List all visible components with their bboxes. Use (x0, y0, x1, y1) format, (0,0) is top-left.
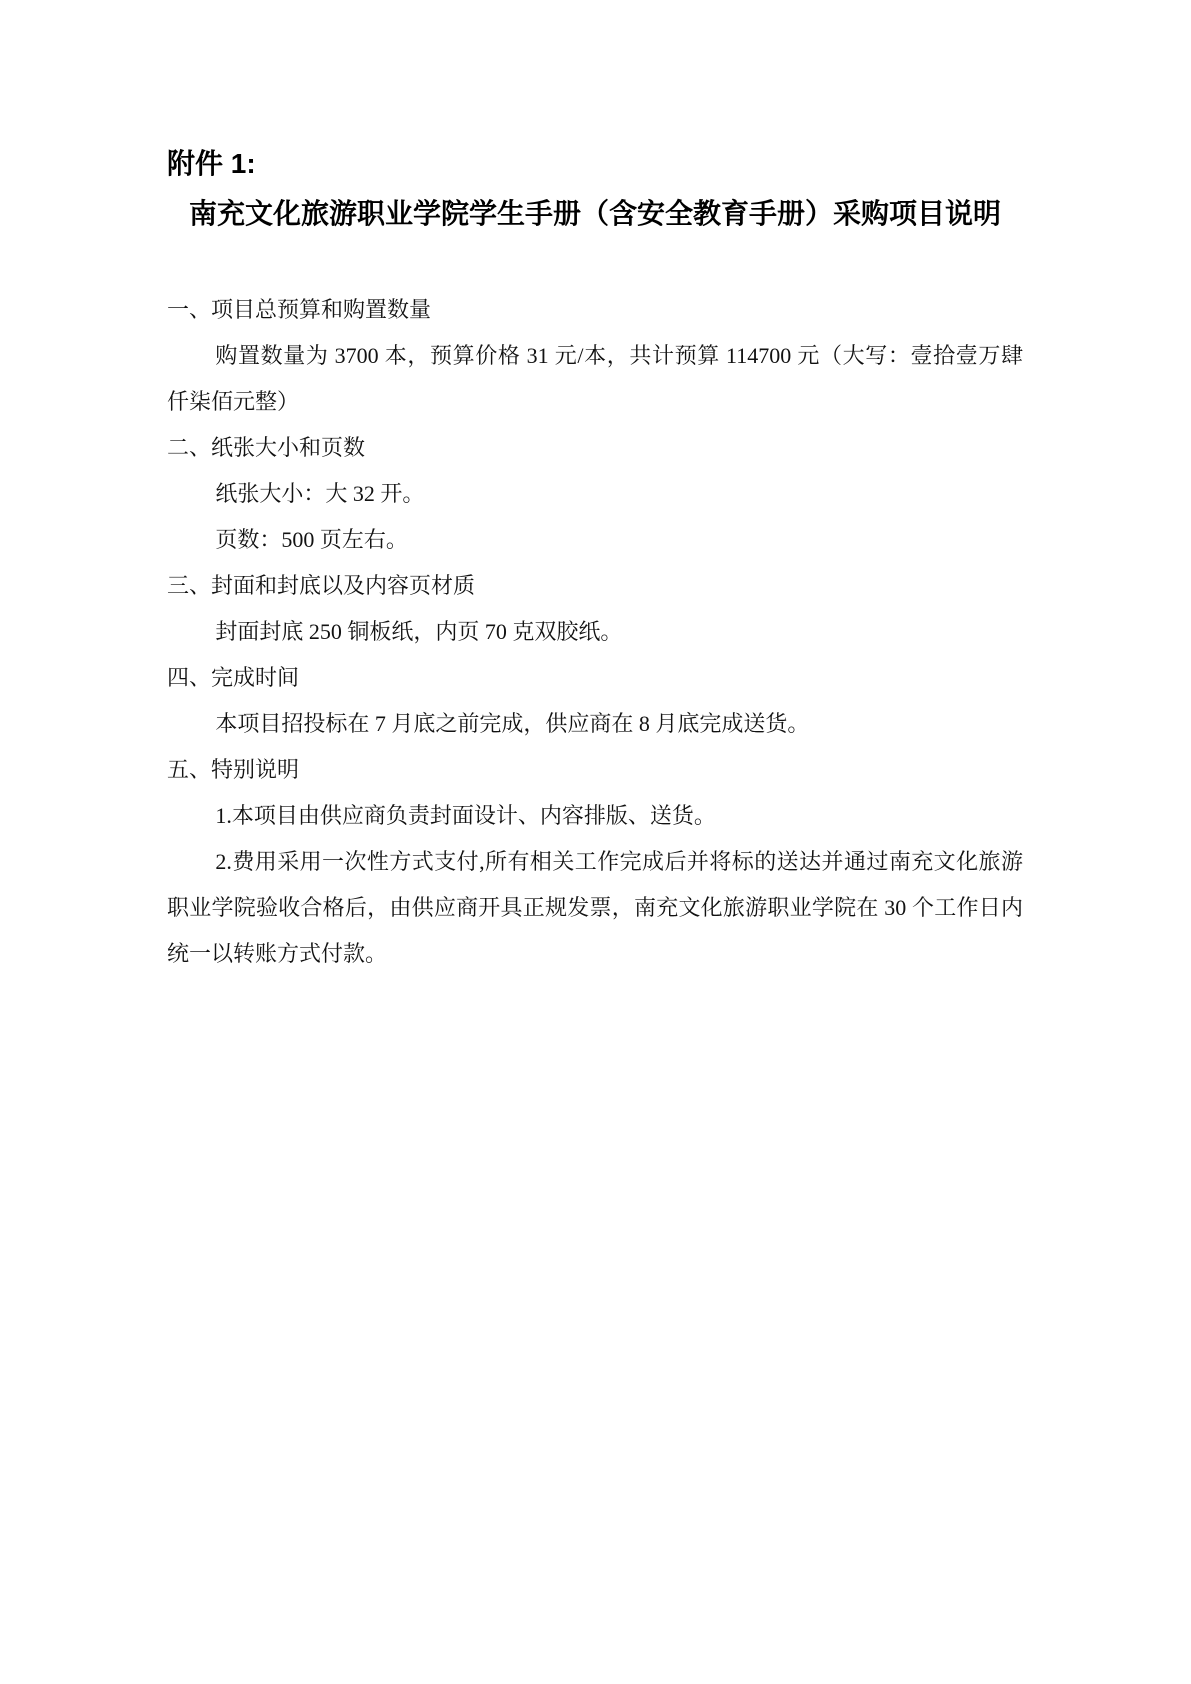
section-3-paragraph-material: 封面封底 250 铜板纸，内页 70 克双胶纸。 (167, 609, 1023, 655)
section-4-paragraph-schedule: 本项目招投标在 7 月底之前完成，供应商在 8 月底完成送货。 (167, 701, 1023, 747)
document-page: 附件 1: 南充文化旅游职业学院学生手册（含安全教育手册）采购项目说明 一、项目… (0, 0, 1191, 1684)
attachment-label: 附件 1: (167, 146, 1023, 182)
section-1-paragraph-budget: 购置数量为 3700 本，预算价格 31 元/本，共计预算 114700 元（大… (167, 333, 1023, 425)
section-4-heading: 四、完成时间 (167, 655, 1023, 701)
section-3-heading: 三、封面和封底以及内容页材质 (167, 563, 1023, 609)
section-2-heading: 二、纸张大小和页数 (167, 425, 1023, 471)
section-5-heading: 五、特别说明 (167, 747, 1023, 793)
section-5-paragraph-item-1: 1.本项目由供应商负责封面设计、内容排版、送货。 (167, 793, 1023, 839)
document-title: 南充文化旅游职业学院学生手册（含安全教育手册）采购项目说明 (167, 197, 1023, 231)
document-body: 一、项目总预算和购置数量 购置数量为 3700 本，预算价格 31 元/本，共计… (167, 287, 1023, 977)
document-content: 附件 1: 南充文化旅游职业学院学生手册（含安全教育手册）采购项目说明 一、项目… (167, 146, 1023, 977)
section-2-paragraph-paper-size: 纸张大小：大 32 开。 (167, 471, 1023, 517)
section-1-heading: 一、项目总预算和购置数量 (167, 287, 1023, 333)
section-5-paragraph-item-2: 2.费用采用一次性方式支付,所有相关工作完成后并将标的送达并通过南充文化旅游职业… (167, 839, 1023, 977)
section-2-paragraph-page-count: 页数：500 页左右。 (167, 517, 1023, 563)
